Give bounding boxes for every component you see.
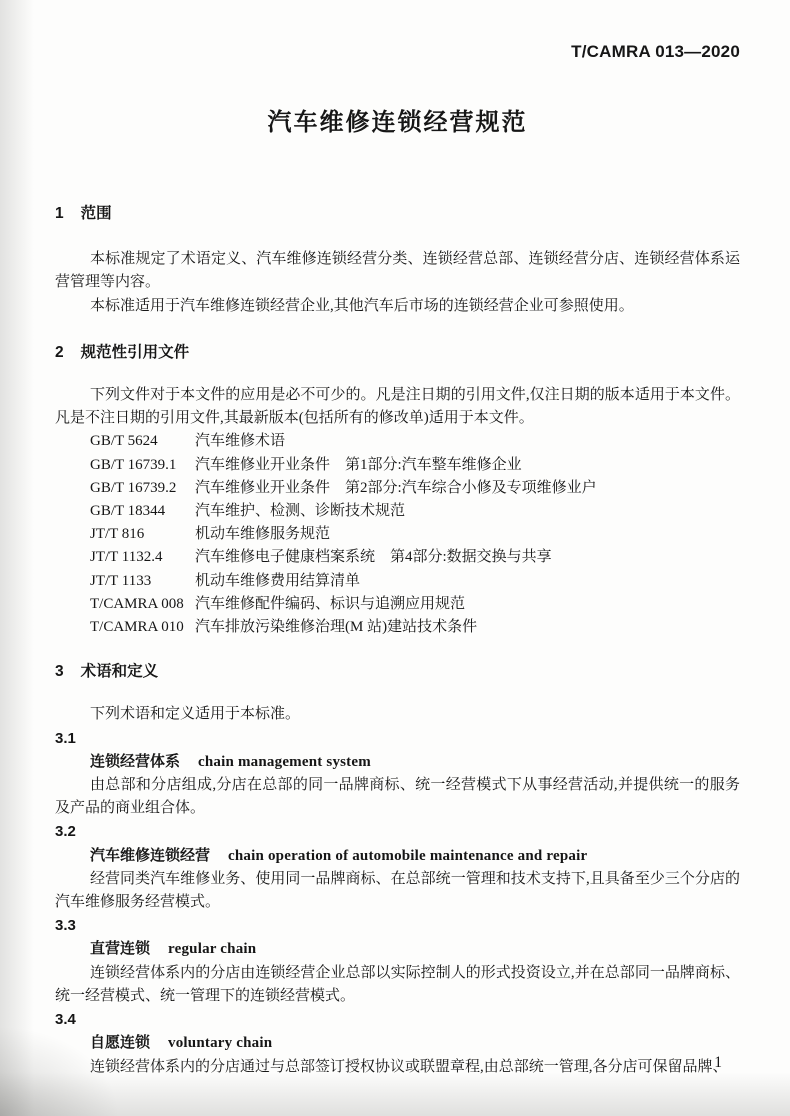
references-intro: 下列文件对于本文件的应用是必不可少的。凡是注日期的引用文件,仅注日期的版本适用于… [55,384,740,430]
page-number: 1 [714,1051,722,1074]
section-number: 1 [55,202,64,225]
reference-code: JT/T 816 [90,523,195,546]
reference-code: GB/T 5624 [90,430,195,453]
section-number: 3 [55,660,64,683]
reference-title: 汽车维修术语 [195,430,740,453]
terms-intro: 下列术语和定义适用于本标准。 [55,703,740,726]
section-title: 术语和定义 [81,663,159,680]
reference-title: 汽车维护、检测、诊断技术规范 [195,500,740,523]
reference-code: T/CAMRA 010 [90,616,195,639]
term-entry: 3.4 自愿连锁voluntary chain 连锁经营体系内的分店通过与总部签… [55,1008,740,1079]
term-name-zh: 汽车维修连锁经营 [90,847,210,864]
section-scope-heading: 1范围 [55,202,740,225]
term-name: 汽车维修连锁经营chain operation of automobile ma… [90,844,740,868]
term-definition: 连锁经营体系内的分店由连锁经营企业总部以实际控制人的形式投资设立,并在总部同一品… [55,962,740,1008]
section-title: 规范性引用文件 [81,344,190,361]
term-name-zh: 直营连锁 [90,940,150,957]
term-name-zh: 连锁经营体系 [90,753,180,770]
term-name-en: chain management system [198,754,371,770]
reference-title: 汽车维修配件编码、标识与追溯应用规范 [195,593,740,616]
term-name-en: chain operation of automobile maintenanc… [228,848,587,864]
section-terms-heading: 3术语和定义 [55,660,740,683]
section-references-heading: 2规范性引用文件 [55,341,740,364]
page-content: T/CAMRA 013—2020 汽车维修连锁经营规范 1范围 本标准规定了术语… [0,0,790,1079]
term-number: 3.2 [55,820,740,843]
term-name: 直营连锁regular chain [90,937,740,961]
reference-item: JT/T 1132.4 汽车维修电子健康档案系统 第4部分:数据交换与共享 [55,546,740,569]
section-number: 2 [55,341,64,364]
reference-code: T/CAMRA 008 [90,593,195,616]
standard-code: T/CAMRA 013—2020 [55,0,740,62]
term-name-en: regular chain [168,941,256,957]
reference-item: JT/T 1133 机动车维修费用结算清单 [55,570,740,593]
term-name-zh: 自愿连锁 [90,1034,150,1051]
document-page: T/CAMRA 013—2020 汽车维修连锁经营规范 1范围 本标准规定了术语… [0,0,790,1116]
reference-title: 机动车维修服务规范 [195,523,740,546]
term-name-en: voluntary chain [168,1035,272,1051]
term-definition: 经营同类汽车维修业务、使用同一品牌商标、在总部统一管理和技术支持下,且具备至少三… [55,868,740,914]
reference-code: GB/T 16739.1 [90,454,195,477]
term-entry: 3.3 直营连锁regular chain 连锁经营体系内的分店由连锁经营企业总… [55,914,740,1008]
reference-title: 汽车维修电子健康档案系统 第4部分:数据交换与共享 [195,546,740,569]
term-entry: 3.1 连锁经营体系chain management system 由总部和分店… [55,727,740,821]
reference-item: JT/T 816 机动车维修服务规范 [55,523,740,546]
term-definition: 连锁经营体系内的分店通过与总部签订授权协议或联盟章程,由总部统一管理,各分店可保… [55,1056,740,1079]
term-number: 3.3 [55,914,740,937]
term-name: 自愿连锁voluntary chain [90,1031,740,1055]
term-definition: 由总部和分店组成,分店在总部的同一品牌商标、统一经营模式下从事经营活动,并提供统… [55,774,740,820]
reference-code: GB/T 18344 [90,500,195,523]
term-entry: 3.2 汽车维修连锁经营chain operation of automobil… [55,820,740,914]
term-name: 连锁经营体系chain management system [90,750,740,774]
reference-item: T/CAMRA 008 汽车维修配件编码、标识与追溯应用规范 [55,593,740,616]
reference-item: GB/T 18344 汽车维护、检测、诊断技术规范 [55,500,740,523]
term-number: 3.4 [55,1008,740,1031]
reference-title: 机动车维修费用结算清单 [195,570,740,593]
document-title: 汽车维修连锁经营规范 [55,108,740,138]
reference-item: T/CAMRA 010 汽车排放污染维修治理(M 站)建站技术条件 [55,616,740,639]
reference-item: GB/T 16739.2 汽车维修业开业条件 第2部分:汽车综合小修及专项维修业… [55,477,740,500]
scope-paragraph: 本标准规定了术语定义、汽车维修连锁经营分类、连锁经营总部、连锁经营分店、连锁经营… [55,248,740,294]
scope-paragraph: 本标准适用于汽车维修连锁经营企业,其他汽车后市场的连锁经营企业可参照使用。 [55,295,740,318]
reference-list: GB/T 5624 汽车维修术语 GB/T 16739.1 汽车维修业开业条件 … [55,430,740,639]
reference-title: 汽车排放污染维修治理(M 站)建站技术条件 [195,616,740,639]
reference-item: GB/T 5624 汽车维修术语 [55,430,740,453]
reference-code: JT/T 1133 [90,570,195,593]
reference-item: GB/T 16739.1 汽车维修业开业条件 第1部分:汽车整车维修企业 [55,454,740,477]
term-number: 3.1 [55,727,740,750]
reference-title: 汽车维修业开业条件 第2部分:汽车综合小修及专项维修业户 [195,477,740,500]
section-title: 范围 [81,205,112,222]
reference-title: 汽车维修业开业条件 第1部分:汽车整车维修企业 [195,454,740,477]
reference-code: GB/T 16739.2 [90,477,195,500]
reference-code: JT/T 1132.4 [90,546,195,569]
